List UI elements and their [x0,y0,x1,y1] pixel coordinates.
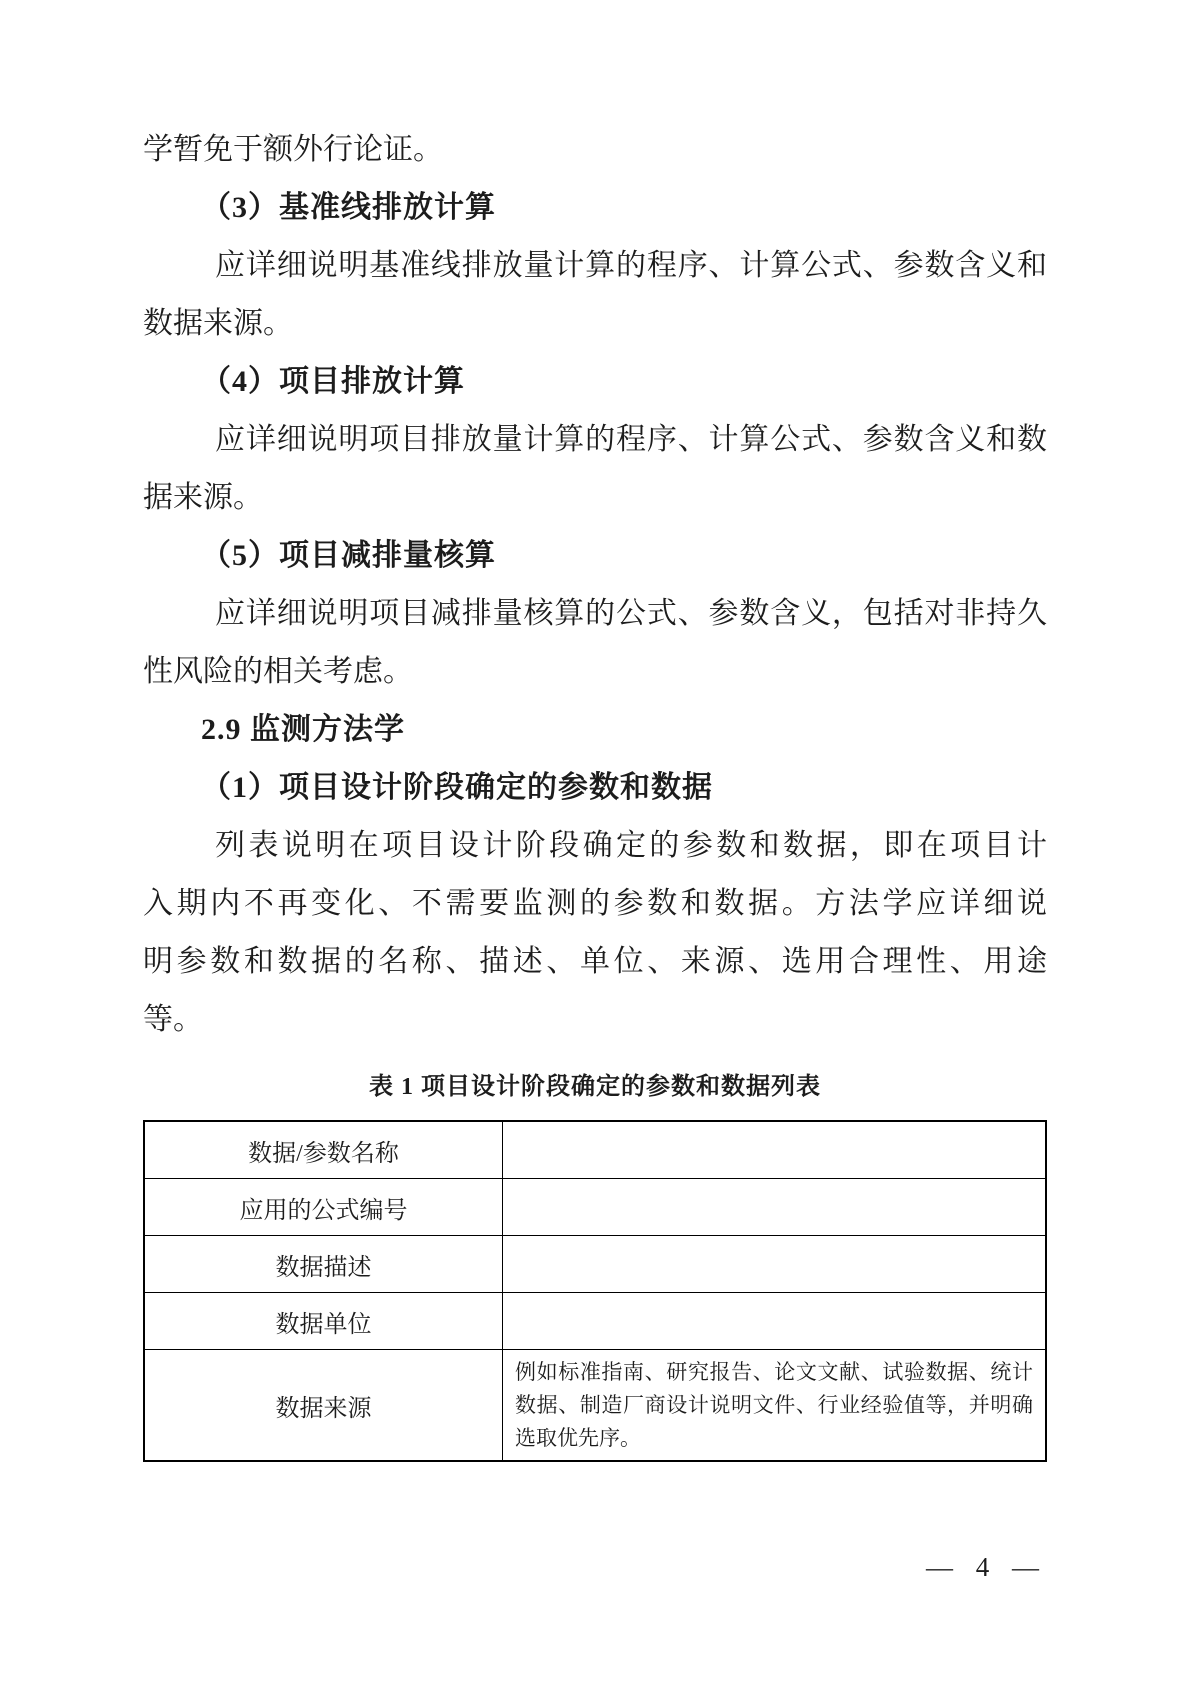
section-heading: （5）项目减排量核算 [143,527,1047,585]
row-value-cell [503,1179,1047,1236]
table-row: 数据来源 例如标准指南、研究报告、论文文献、试验数据、统计数据、制造厂商设计说明… [144,1350,1046,1462]
row-value-cell [503,1121,1047,1179]
section-heading: （4）项目排放计算 [143,353,1047,411]
section-heading: （3）基准线排放计算 [143,179,1047,237]
row-label-cell: 应用的公式编号 [144,1179,503,1236]
section-heading: （1）项目设计阶段确定的参数和数据 [143,759,1047,817]
body-text: 学暂免于额外行论证。 （3）基准线排放计算 应详细说明基准线排放量计算的程序、计… [143,121,1047,1049]
row-value-cell [503,1236,1047,1293]
paragraph-line: 应详细说明基准线排放量计算的程序、计算公式、参数含义和 [143,237,1047,295]
paragraph-line: 性风险的相关考虑。 [143,643,1047,701]
table-row: 数据/参数名称 [144,1121,1046,1179]
document-page: 学暂免于额外行论证。 （3）基准线排放计算 应详细说明基准线排放量计算的程序、计… [0,0,1190,1683]
row-label-cell: 数据/参数名称 [144,1121,503,1179]
paragraph-line: 等。 [143,991,1047,1049]
paragraph-line: 数据来源。 [143,295,1047,353]
paragraph-line: 入期内不再变化、不需要监测的参数和数据。方法学应详细说 [143,875,1047,933]
paragraph-line: 应详细说明项目减排量核算的公式、参数含义，包括对非持久 [143,585,1047,643]
page-number: — 4 — [926,1552,1042,1583]
paragraph-line: 列表说明在项目设计阶段确定的参数和数据，即在项目计 [143,817,1047,875]
row-value-cell: 例如标准指南、研究报告、论文文献、试验数据、统计数据、制造厂商设计说明文件、行业… [503,1350,1047,1462]
table-row: 数据单位 [144,1293,1046,1350]
table-row: 数据描述 [144,1236,1046,1293]
row-value-cell [503,1293,1047,1350]
paragraph-line: 学暂免于额外行论证。 [143,121,1047,179]
row-label-cell: 数据来源 [144,1350,503,1462]
paragraph-line: 明参数和数据的名称、描述、单位、来源、选用合理性、用途 [143,933,1047,991]
section-heading: 2.9 监测方法学 [143,701,1047,759]
paragraph-line: 应详细说明项目排放量计算的程序、计算公式、参数含义和数 [143,411,1047,469]
table-row: 应用的公式编号 [144,1179,1046,1236]
row-label-cell: 数据单位 [144,1293,503,1350]
parameters-table: 数据/参数名称 应用的公式编号 数据描述 数据单位 数据来源 例如标准指南、研究… [143,1120,1047,1462]
paragraph-line: 据来源。 [143,469,1047,527]
table-caption: 表 1 项目设计阶段确定的参数和数据列表 [0,1066,1190,1101]
row-label-cell: 数据描述 [144,1236,503,1293]
